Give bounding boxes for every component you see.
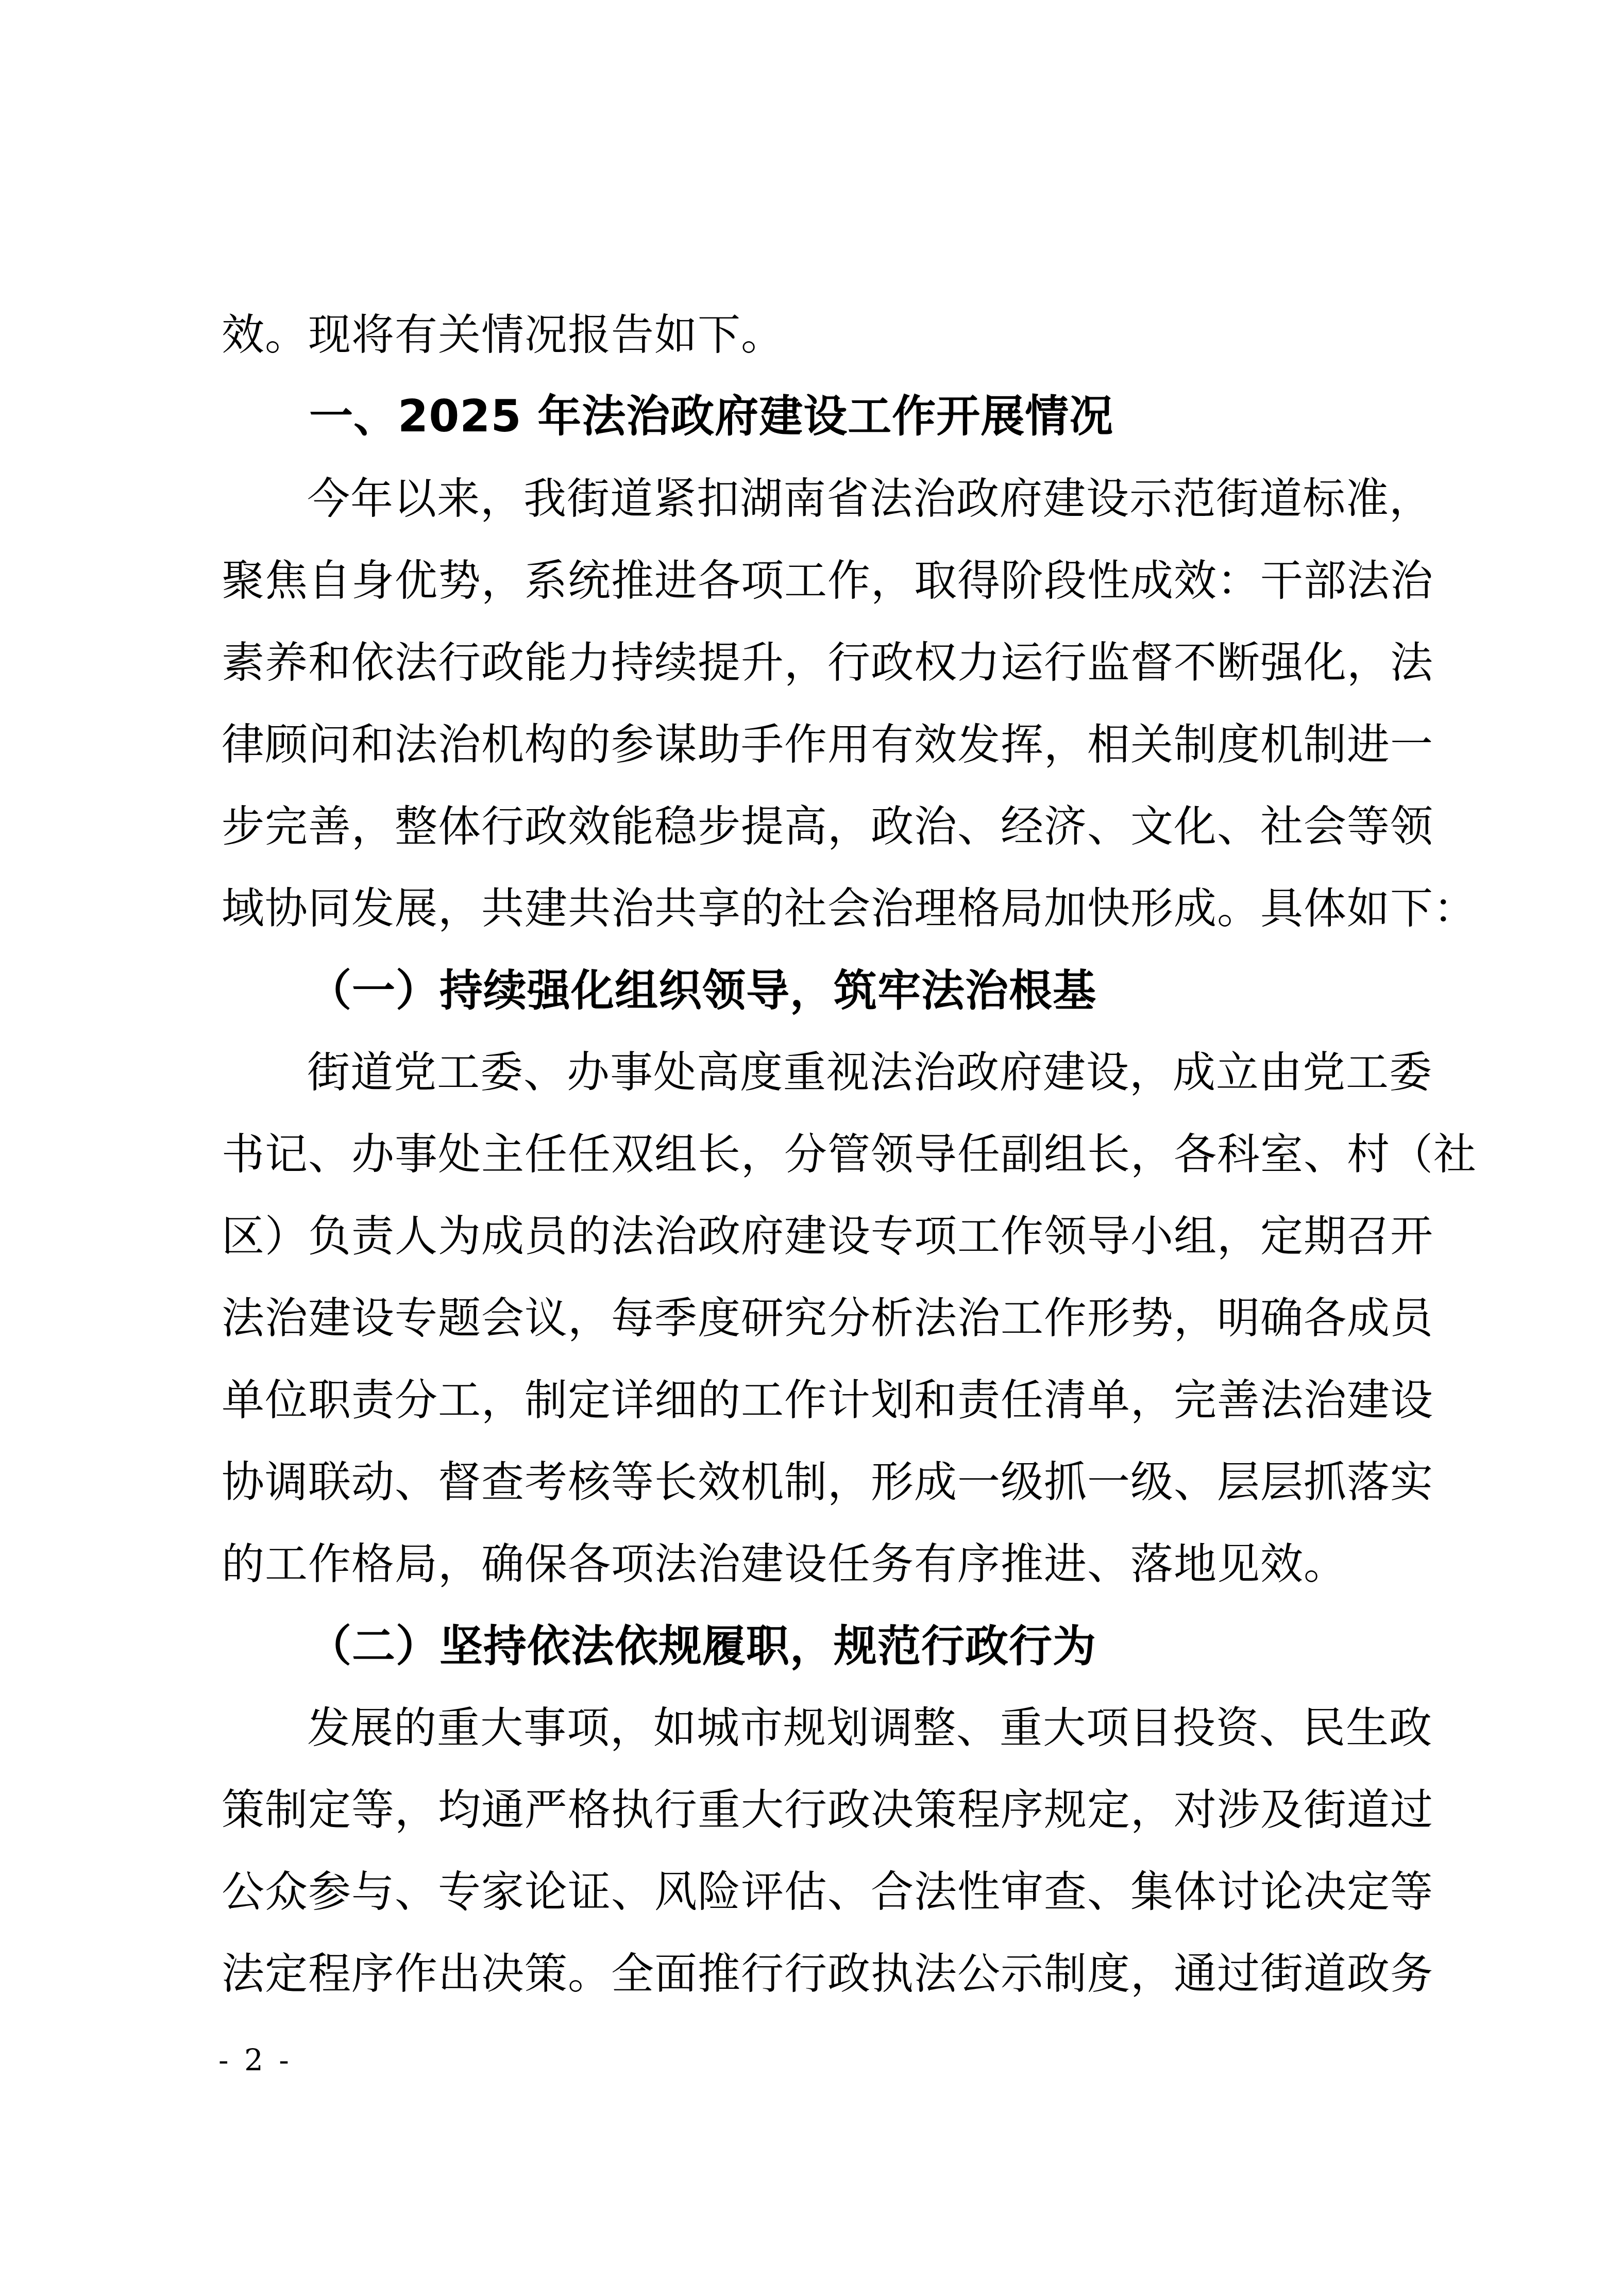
section-heading: 一、2025 年法治政府建设工作开展情况 [222, 376, 1422, 458]
text-line: 法治建设专题会议，每季度研究分析法治工作形势，明确各成员 [222, 1277, 1422, 1359]
text-line: 书记、办事处主任任双组长，分管领导任副组长，各科室、村（社 [222, 1113, 1422, 1195]
text-line: 素养和依法行政能力持续提升，行政权力运行监督不断强化，法 [222, 622, 1422, 703]
section-heading: （二）坚持依法依规履职，规范行政行为 [222, 1605, 1422, 1687]
text-line: 区）负责人为成员的法治政府建设专项工作领导小组，定期召开 [222, 1195, 1422, 1277]
document-body: 效。现将有关情况报告如下。一、2025 年法治政府建设工作开展情况今年以来，我街… [222, 294, 1422, 2015]
text-line: 街道党工委、办事处高度重视法治政府建设，成立由党工委 [222, 1031, 1422, 1113]
page-number: - 2 - [218, 2042, 292, 2078]
text-line: 公众参与、专家论证、风险评估、合法性审查、集体讨论决定等 [222, 1851, 1422, 1933]
text-line: 协调联动、督查考核等长效机制，形成一级抓一级、层层抓落实 [222, 1441, 1422, 1523]
text-line: 效。现将有关情况报告如下。 [222, 294, 1422, 376]
text-line: 域协同发展，共建共治共享的社会治理格局加快形成。具体如下： [222, 867, 1422, 949]
text-line: 策制定等，均通严格执行重大行政决策程序规定，对涉及街道过 [222, 1769, 1422, 1851]
section-heading: （一）持续强化组织领导，筑牢法治根基 [222, 949, 1422, 1031]
text-line: 单位职责分工，制定详细的工作计划和责任清单，完善法治建设 [222, 1359, 1422, 1441]
text-line: 法定程序作出决策。全面推行行政执法公示制度，通过街道政务 [222, 1933, 1422, 2015]
text-line: 今年以来，我街道紧扣湖南省法治政府建设示范街道标准， [222, 458, 1422, 540]
text-line: 律顾问和法治机构的参谋助手作用有效发挥，相关制度机制进一 [222, 703, 1422, 785]
text-line: 步完善，整体行政效能稳步提高，政治、经济、文化、社会等领 [222, 785, 1422, 867]
text-line: 发展的重大事项，如城市规划调整、重大项目投资、民生政 [222, 1687, 1422, 1769]
text-line: 聚焦自身优势，系统推进各项工作，取得阶段性成效：干部法治 [222, 540, 1422, 622]
text-line: 的工作格局，确保各项法治建设任务有序推进、落地见效。 [222, 1523, 1422, 1605]
document-page: 效。现将有关情况报告如下。一、2025 年法治政府建设工作开展情况今年以来，我街… [0, 0, 1623, 2296]
